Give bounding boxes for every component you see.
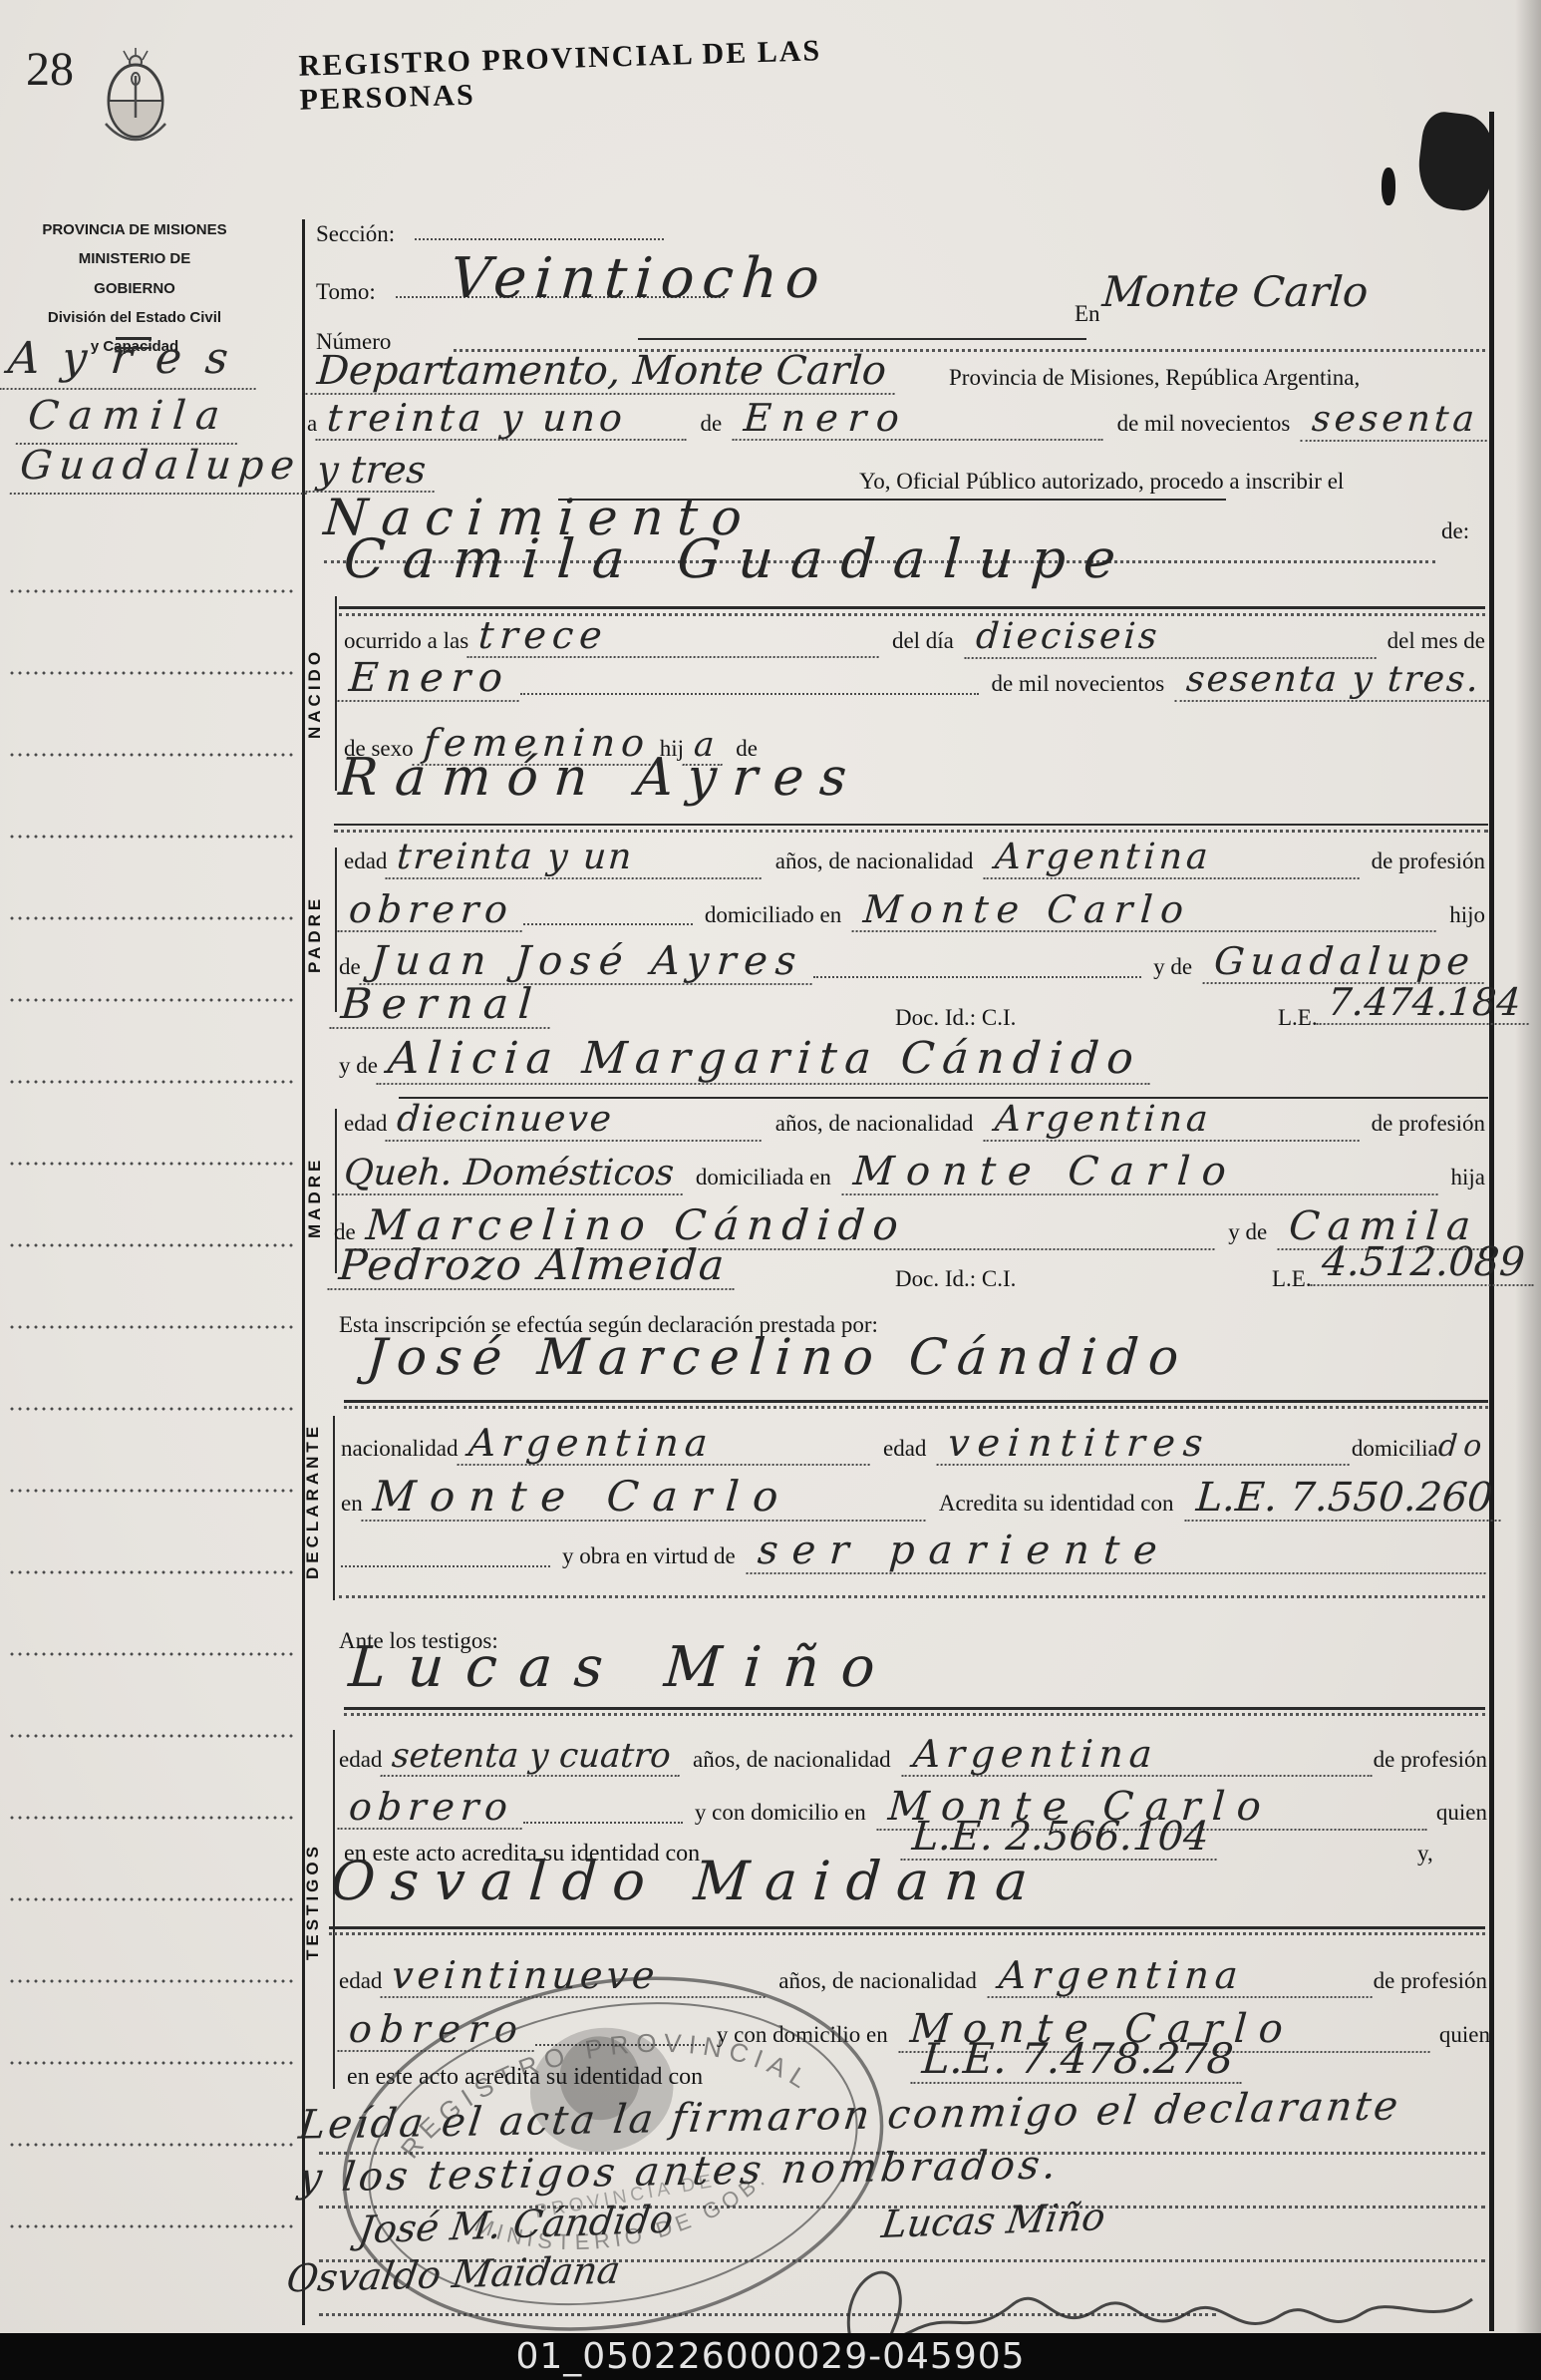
rule [329,1926,1485,1929]
rule [329,1932,1485,1935]
dia-nacimiento-value: dieciseis [964,619,1379,659]
en-label-2: en [341,1491,363,1517]
padre-doc-label: Doc. Id.: C.I. [895,1005,1016,1031]
en-label: En [1075,301,1100,327]
rule [334,830,1488,833]
declarante-nacionalidad-label: nacionalidad [341,1436,459,1462]
oficial-text: Yo, Oficial Público autorizado, procedo … [859,469,1344,495]
scan-artifact [1413,110,1498,213]
blank [523,923,693,925]
madre-edad-label: edad [344,1111,387,1137]
madre-anios-label: años, de nacionalidad [775,1111,974,1137]
t2-quien-label: quien [1439,2022,1490,2048]
madre-y-de2-label: y de [1228,1219,1267,1245]
ocurrido-label: ocurrido a las [344,628,468,654]
padre-edad-value: treinta y un [386,840,765,879]
coat-of-arms [94,46,177,144]
mes-value: Enero [733,399,1106,441]
anio-nacimiento-value: sesenta y tres. [1175,662,1492,702]
rule [334,824,1488,826]
testigo1-nombre-value: Lucas Miño [347,1640,898,1696]
letterhead-line1: PROVINCIA DE MISIONES [36,215,233,244]
blank [813,976,1141,978]
seccion-blank [415,238,664,240]
madre-edad-value: diecinueve [386,1102,765,1142]
t1-edad-label: edad [339,1747,382,1773]
testigo2-nombre-value: Osvaldo Maidana [329,1855,1045,1908]
rule [344,1713,1485,1716]
document-page: 28 REGISTRO PROVINCIAL DE LAS PERSONAS P… [0,0,1541,2380]
padre-nombre-value: Ramón Ayres [337,752,864,804]
page-edge-shadow [1515,0,1541,2333]
padre-y-de-label: y de [1153,954,1192,980]
section-label-declarante: DECLARANTE [303,1394,323,1608]
margin-note-lines [8,550,297,2301]
anio-value-2: y tres [306,451,438,493]
madre-nacionalidad-value: Argentina [984,1102,1363,1142]
anio-value: sesenta [1301,402,1489,442]
letterhead-line3: División del Estado Civil [36,303,233,332]
madre-y-de-label: y de [339,1053,378,1079]
blank [341,1565,550,1567]
blank-line [339,1595,1485,1598]
lugar-value: Monte Carlo [1101,271,1370,313]
acredita-label: Acredita su identidad con [939,1491,1174,1517]
document-title: REGISTRO PROVINCIAL DE LAS PERSONAS [298,30,958,118]
del-mes-label: del mes de [1387,628,1485,654]
de-mil-label-2: de mil novecientos [991,671,1164,697]
domicilia-sufijo-value: do [1437,1432,1488,1462]
dia-value: treinta y uno [316,399,690,441]
t1-nacionalidad-value: Argentina [901,1735,1375,1777]
abuela-paterna-value: Guadalupe [1203,942,1487,984]
name-rule-solid [339,606,1485,609]
scan-footer-bar: 01_050226000029-045905 [0,2333,1541,2380]
domicilia-label: domicilia [1352,1436,1438,1462]
form-right-border [1489,112,1494,2331]
padre-le-num: 7.474.184 [1317,983,1532,1025]
madre-domiciliada-label: domiciliada en [696,1165,831,1190]
rule [344,1406,1488,1409]
declarante-documento-value: L.E. 7.550.260 [1184,1478,1504,1522]
madre-domicilio-value: Monte Carlo [841,1152,1440,1195]
rule [344,1707,1485,1710]
rule [344,1400,1488,1403]
abuela-materna-apellido: Pedrozo Almeida [327,1244,737,1290]
t1-profesion-label: de profesión [1374,1747,1487,1773]
tomo-label: Tomo: [316,279,376,305]
declarante-domicilio-value: Monte Carlo [361,1476,928,1522]
t1-domicilio-label: y con domicilio en [695,1800,866,1826]
scan-artifact [1382,168,1395,205]
madre-profesion-value: Queh. Domésticos [333,1156,686,1195]
section-label-padre: PADRE [305,859,325,1009]
de-mil-label: de mil novecientos [1117,411,1291,437]
section-bracket [333,1416,335,1600]
madre-doc-label: Doc. Id.: C.I. [895,1266,1016,1292]
numero-line-solid [638,338,1086,340]
de-label: de [701,411,723,437]
padre-domiciliado-label: domiciliado en [705,902,841,928]
hija-label: hija [1451,1165,1486,1190]
t2-nacionalidad-value: Argentina [987,1956,1375,1998]
vinculo-value: ser pariente [746,1530,1488,1574]
declarante-nombre-value: José Marcelino Cándido [365,1332,1190,1382]
t1-profesion-value: obrero [338,1788,525,1830]
t1-edad-value: setenta y cuatro [381,1739,682,1777]
padre-anios-label: años, de nacionalidad [775,849,974,874]
section-label-testigos: TESTIGOS [303,1810,323,1994]
padre-domicilio-value: Monte Carlo [852,890,1439,932]
de-colon-label: de: [1441,518,1469,544]
del-dia-label: del día [892,628,954,654]
t2-documento-value: L.E. 7.478.278 [910,2038,1245,2084]
blank [520,693,980,695]
margin-surname: Ayres [0,333,260,390]
page-number: 28 [26,42,74,97]
hijo-label: hijo [1449,902,1485,928]
declarante-edad-label: edad [883,1436,926,1462]
hora-value: trece [467,616,882,658]
section-label-nacido: NACIDO [305,596,325,791]
madre-nombre-value: Alicia Margarita Cándido [376,1037,1152,1085]
declarante-edad-value: veintitres [937,1424,1353,1466]
t1-quien-label: quien [1436,1800,1487,1826]
svg-text:MINISTERIO DE GOB.: MINISTERIO DE GOB. [467,2161,779,2276]
padre-le-label: L.E. [1278,1005,1318,1031]
section-label-madre: MADRE [305,1125,325,1269]
padre-profesion-label: de profesión [1372,849,1485,874]
inscripto-name: Camila Guadalupe [342,532,1135,586]
t1-anios-label: años, de nacionalidad [693,1747,891,1773]
margin-divider-line [302,219,305,2325]
letterhead-line2: MINISTERIO DE GOBIERNO [36,244,233,303]
provincia-text: Provincia de Misiones, República Argenti… [949,365,1360,391]
padre-de-label: de [339,954,361,980]
stamp-arc-bottom-text: MINISTERIO DE GOB. [467,2161,779,2276]
madre-profesion-label: de profesión [1372,1111,1485,1137]
blank [523,1822,683,1824]
section-bracket [335,596,337,791]
padre-edad-label: edad [344,849,387,874]
obra-label: y obra en virtud de [562,1543,736,1569]
t2-edad-label: edad [339,1968,382,1994]
declarante-nacionalidad-value: Argentina [457,1424,872,1466]
t2-profesion-label: de profesión [1374,1968,1487,1994]
madre-le-num: 4.512.089 [1310,1242,1536,1286]
departamento-value: Departamento, Monte Carlo [305,351,897,395]
scan-code: 01_050226000029-045905 [515,2336,1025,2377]
madre-le-label: L.E. [1272,1266,1312,1292]
padre-nacionalidad-value: Argentina [984,840,1363,879]
margin-given-name-1: Camila [16,393,241,445]
numero-value: Veintiocho [449,251,829,307]
abuela-paterna-apellido: Bernal [329,983,553,1029]
padre-profesion-value: obrero [338,890,525,932]
mes-nacimiento-value: Enero [337,658,521,702]
seccion-label: Sección: [316,221,395,247]
t1-y-label: y, [1417,1841,1433,1867]
margin-given-name-2: Guadalupe [10,443,311,495]
